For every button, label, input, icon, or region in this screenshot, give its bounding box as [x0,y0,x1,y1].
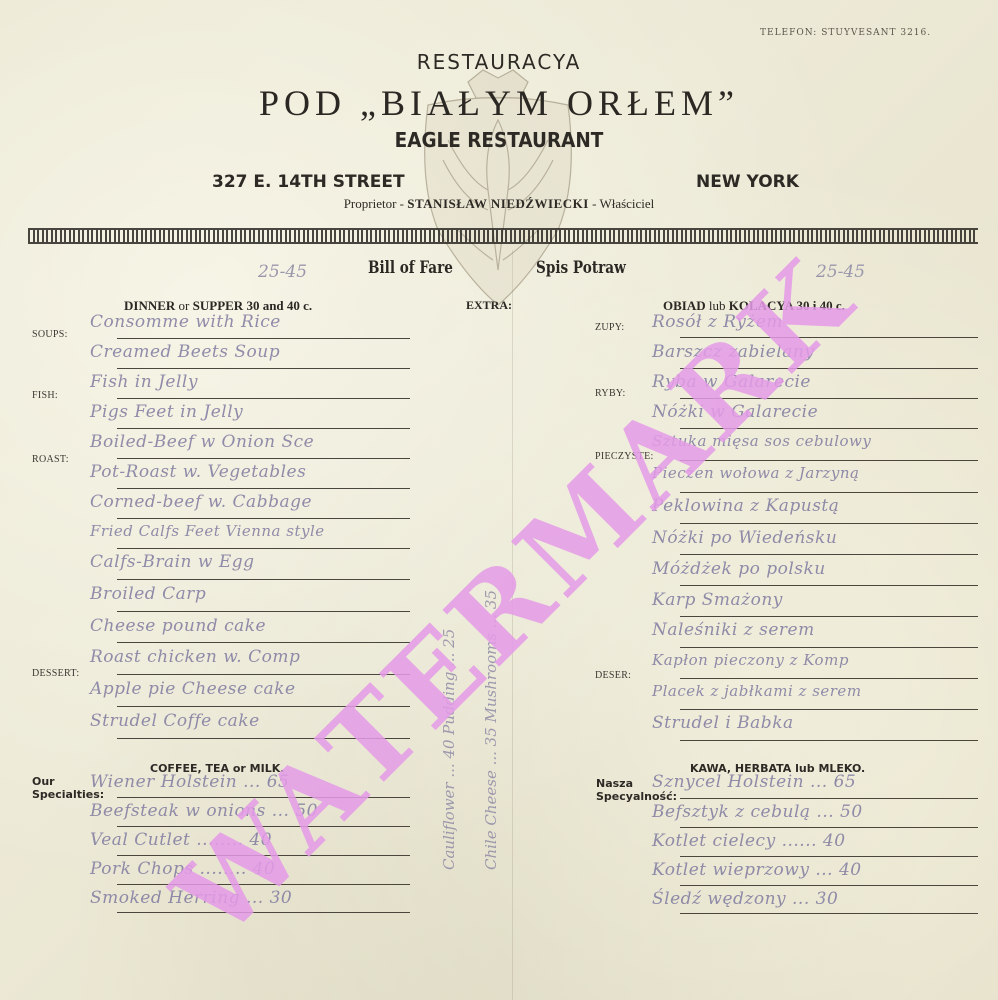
category-zupy: ZUPY: [595,322,624,333]
telephone-number: TELEFON: STUYVESANT 3216. [760,28,931,38]
menu-item: Fried Calfs Feet Vienna style [90,522,325,540]
ruled-line [680,616,978,617]
heading-or: or [175,298,192,313]
proprietor-prefix: Proprietor - [344,196,404,211]
city: NEW YORK [696,172,799,192]
proprietor-name: STANISŁAW NIEDŹWIECKI [407,196,589,211]
ruled-line [117,642,410,643]
street-address: 327 E. 14TH STREET [212,172,405,192]
heading-price: 30 and 40 c. [243,298,312,313]
menu-item: Pigs Feet in Jelly [90,402,243,422]
ruled-line [680,585,978,586]
ruled-line [117,338,410,339]
proprietor-line: Proprietor - STANISŁAW NIEDŹWIECKI - Wła… [0,196,998,212]
ruled-line [117,548,410,549]
specialty-item: Śledź wędzony ... 30 [652,889,838,909]
decorative-border [28,228,978,244]
restaurant-name-english: EAGLE RESTAURANT [40,128,958,152]
menu-item: Calfs-Brain w Egg [90,552,255,572]
menu-item: Kapłon pieczony z Komp [652,651,849,669]
menu-item: Karp Smażony [652,590,783,610]
menu-item: Naleśniki z serem [652,620,815,640]
menu-item: Móżdżek po polsku [652,559,826,579]
ruled-line [117,428,410,429]
menu-item: Corned-beef w. Cabbage [90,492,312,512]
ruled-line [680,554,978,555]
ruled-line [680,740,978,741]
menu-item: Creamed Beets Soup [90,342,280,362]
ruled-line [117,488,410,489]
category-soups: SOUPS: [32,329,68,340]
specialty-item: Befsztyk z cebulą ... 50 [652,802,863,822]
left-pencil-note: 25-45 [258,262,307,282]
ruled-line [117,398,410,399]
category-dessert: DESSERT: [32,668,79,679]
menu-item: Consomme with Rice [90,312,281,332]
menu-item: Roast chicken w. Comp [90,647,300,667]
specialty-item: Kotlet wieprzowy ... 40 [652,860,862,880]
ruled-line [680,913,978,914]
menu-item: Fish in Jelly [90,372,198,392]
heading-supper: SUPPER [193,298,244,313]
ruled-line [117,458,410,459]
menu-item: Boiled-Beef w Onion Sce [90,432,314,452]
restaurant-name-polish: POD „BIAŁYM ORŁEM” [0,82,998,124]
heading-obiad: OBIAD [663,298,706,313]
extra-heading: EXTRA: [466,298,512,313]
category-roast: ROAST: [32,454,69,465]
ruled-line [117,579,410,580]
ruled-line [680,827,978,828]
specialty-item: Kotlet cielecy ...... 40 [652,831,846,851]
menu-item: Nóżki po Wiedeńsku [652,528,837,548]
menu-item: Strudel Coffe cake [90,711,260,731]
ruled-line [117,611,410,612]
proprietor-suffix: - Właściciel [592,196,654,211]
restauracya-label: RESTAURACYA [0,50,998,74]
category-deser: DESER: [595,670,631,681]
category-fish: FISH: [32,390,58,401]
specialty-item: Sznycel Holstein ... 65 [652,772,856,792]
spis-potraw-title: Spis Potraw [536,258,626,278]
ruled-line [680,709,978,710]
menu-item: Apple pie Cheese cake [90,679,296,699]
ruled-line [117,368,410,369]
bill-of-fare-title: Bill of Fare [368,258,453,278]
heading-dinner: DINNER [124,298,175,313]
ruled-line [117,518,410,519]
menu-item: Cheese pound cake [90,616,266,636]
ruled-line [680,492,978,493]
ruled-line [680,885,978,886]
ruled-line [680,678,978,679]
ruled-line [680,523,978,524]
menu-item: Broiled Carp [90,584,206,604]
ruled-line [680,856,978,857]
menu-item: Pot-Roast w. Vegetables [90,462,306,482]
menu-item: Placek z jabłkami z serem [652,682,862,700]
ruled-line [680,647,978,648]
ruled-line [680,798,978,799]
menu-item: Strudel i Babka [652,713,794,733]
